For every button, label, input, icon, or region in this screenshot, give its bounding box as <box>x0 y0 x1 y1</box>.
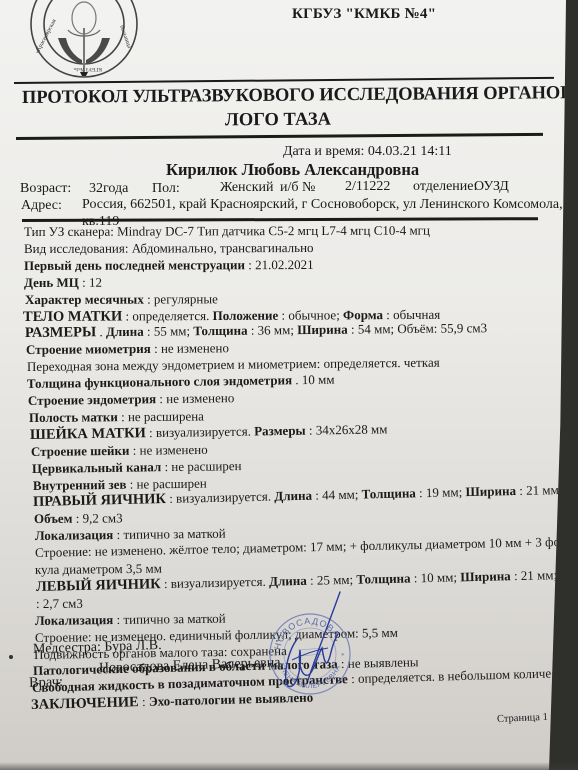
finding-label: Ширина <box>460 568 511 584</box>
finding-label: Толщина функционального слоя эндометрия <box>27 372 292 391</box>
finding-line: Строение эндометрия : не изменено <box>28 390 235 409</box>
finding-value: : не изменено <box>129 442 207 458</box>
finding-line: : 2,7 см3 <box>36 595 83 611</box>
finding-label: Толщина <box>356 570 410 586</box>
finding-value: : 9,2 см3 <box>72 511 122 526</box>
finding-value: . <box>96 325 106 340</box>
finding-value: : не расширена <box>118 408 204 424</box>
finding-value: : 25 мм; <box>307 572 357 588</box>
finding-label: Полость матки <box>29 409 118 425</box>
finding-value: : визуализируется. <box>166 489 275 506</box>
finding-line: Локализация : типично за маткой <box>35 610 226 628</box>
finding-label: ПРАВЫЙ ЯИЧНИК <box>33 491 166 510</box>
doctor-signature <box>268 590 358 700</box>
doctor-label: Врач: <box>29 674 64 692</box>
finding-value: кула диаметром 3,5 мм <box>35 561 162 577</box>
finding-value: : определяется. <box>122 308 212 323</box>
nurse-name: Бура Л.В. <box>104 638 162 655</box>
finding-value: Переходная зона между эндометрием и миом… <box>27 355 440 374</box>
finding-label: Строение шейки <box>31 442 130 458</box>
finding-value: : 19 мм; <box>416 485 466 501</box>
finding-label: ТЕЛО МАТКИ <box>23 308 122 325</box>
finding-value: : 55 мм; <box>144 324 194 340</box>
finding-value: : <box>139 694 150 709</box>
finding-label: ШЕЙКА МАТКИ <box>30 425 146 443</box>
page-number: Страница 1 из 1 <box>497 711 569 725</box>
finding-label: ЛЕВЫЙ ЯИЧНИК <box>36 576 161 595</box>
finding-label: РАЗМЕРЫ <box>25 325 96 342</box>
finding-line: Полость матки : не расширена <box>29 408 204 426</box>
finding-value: : визуализируется. <box>146 423 255 440</box>
bullet-mark <box>9 655 13 659</box>
finding-value: : регулярные <box>144 291 218 306</box>
finding-line: Цервикальный канал : не расширен <box>32 458 242 477</box>
finding-label: Цервикальный канал <box>32 459 161 476</box>
finding-line: Строение миометрия : не изменено <box>26 341 229 359</box>
finding-value: : 44 мм; <box>312 487 362 503</box>
finding-value: : 10 мм; <box>410 569 460 585</box>
finding-label: Объем <box>34 511 73 526</box>
finding-line: День МЦ : 12 <box>24 274 102 290</box>
table-surface-shadow <box>0 762 578 770</box>
finding-label: День МЦ <box>24 274 79 289</box>
finding-line: кула диаметром 3,5 мм <box>35 561 162 578</box>
finding-value: : 21.02.2021 <box>245 257 314 272</box>
finding-value: Вид исследования: Абдоминально, трансваг… <box>24 240 314 256</box>
finding-value: : 54 мм; Объём: 55,9 см3 <box>348 321 488 337</box>
finding-label: Форма <box>343 307 383 322</box>
finding-label: Длина <box>269 573 307 589</box>
finding-value: : визуализируется. <box>161 574 270 591</box>
finding-label: Объем <box>560 566 578 582</box>
finding-value: : типично за маткой <box>113 610 226 626</box>
document-page: «Красноярская больница КГБУЗ №4» КГБУЗ "… <box>0 0 566 770</box>
finding-value: : 21 мм; <box>511 567 561 583</box>
finding-value: : 21 мм; <box>516 482 563 498</box>
finding-label: Первый день последней менструации <box>24 257 245 273</box>
finding-value: : обычное; <box>278 307 343 322</box>
finding-label: Ширина <box>297 322 348 338</box>
finding-line: Тип УЗ сканера: Mindray DC-7 Тип датчика… <box>24 223 430 240</box>
finding-line: Толщина функционального слоя эндометрия … <box>27 372 335 392</box>
finding-value: . 10 мм <box>292 372 335 388</box>
finding-label: Характер месячных <box>25 291 144 306</box>
finding-value: : типично за маткой <box>113 526 226 542</box>
finding-value: : 34x26x28 мм <box>306 421 388 437</box>
finding-line: Первый день последней менструации : 21.0… <box>24 257 314 274</box>
finding-value: : 12 <box>79 274 102 289</box>
finding-value: : не изменено <box>156 390 234 406</box>
finding-label: Длина <box>274 488 312 504</box>
finding-value: : не расширен <box>161 458 242 474</box>
finding-label: Ширина <box>465 483 516 499</box>
finding-line: Характер месячных : регулярные <box>25 291 218 308</box>
finding-label: Длина <box>106 324 144 339</box>
finding-label: Внутренний зев <box>33 476 127 492</box>
finding-value: : 36 мм; <box>247 323 297 339</box>
finding-label: ЗАКЛЮЧЕНИЕ <box>31 694 139 713</box>
finding-value: : 2,7 см3 <box>36 595 83 610</box>
finding-label: Толщина <box>362 486 416 502</box>
finding-label: Строение эндометрия <box>28 391 156 408</box>
finding-label: Строение миометрия <box>26 341 151 357</box>
finding-line: Вид исследования: Абдоминально, трансваг… <box>24 240 314 257</box>
finding-line: Объем : 9,2 см3 <box>34 511 123 528</box>
finding-line: Строение шейки : не изменено <box>31 442 208 460</box>
finding-label: Положение <box>213 307 279 322</box>
finding-value: : не изменено <box>151 341 229 357</box>
finding-line: РАЗМЕРЫ . Длина : 55 мм; Толщина : 36 мм… <box>25 321 487 343</box>
finding-label: Локализация <box>35 612 113 628</box>
finding-label: Локализация <box>35 527 113 543</box>
finding-value: Тип УЗ сканера: Mindray DC-7 Тип датчика… <box>24 223 430 239</box>
finding-value: : обычная <box>383 306 440 321</box>
finding-value: : не расширен <box>126 475 207 491</box>
finding-label: Толщина <box>193 323 247 339</box>
nurse-label: Медсестра: <box>33 640 101 657</box>
finding-label: Размеры <box>254 422 306 438</box>
